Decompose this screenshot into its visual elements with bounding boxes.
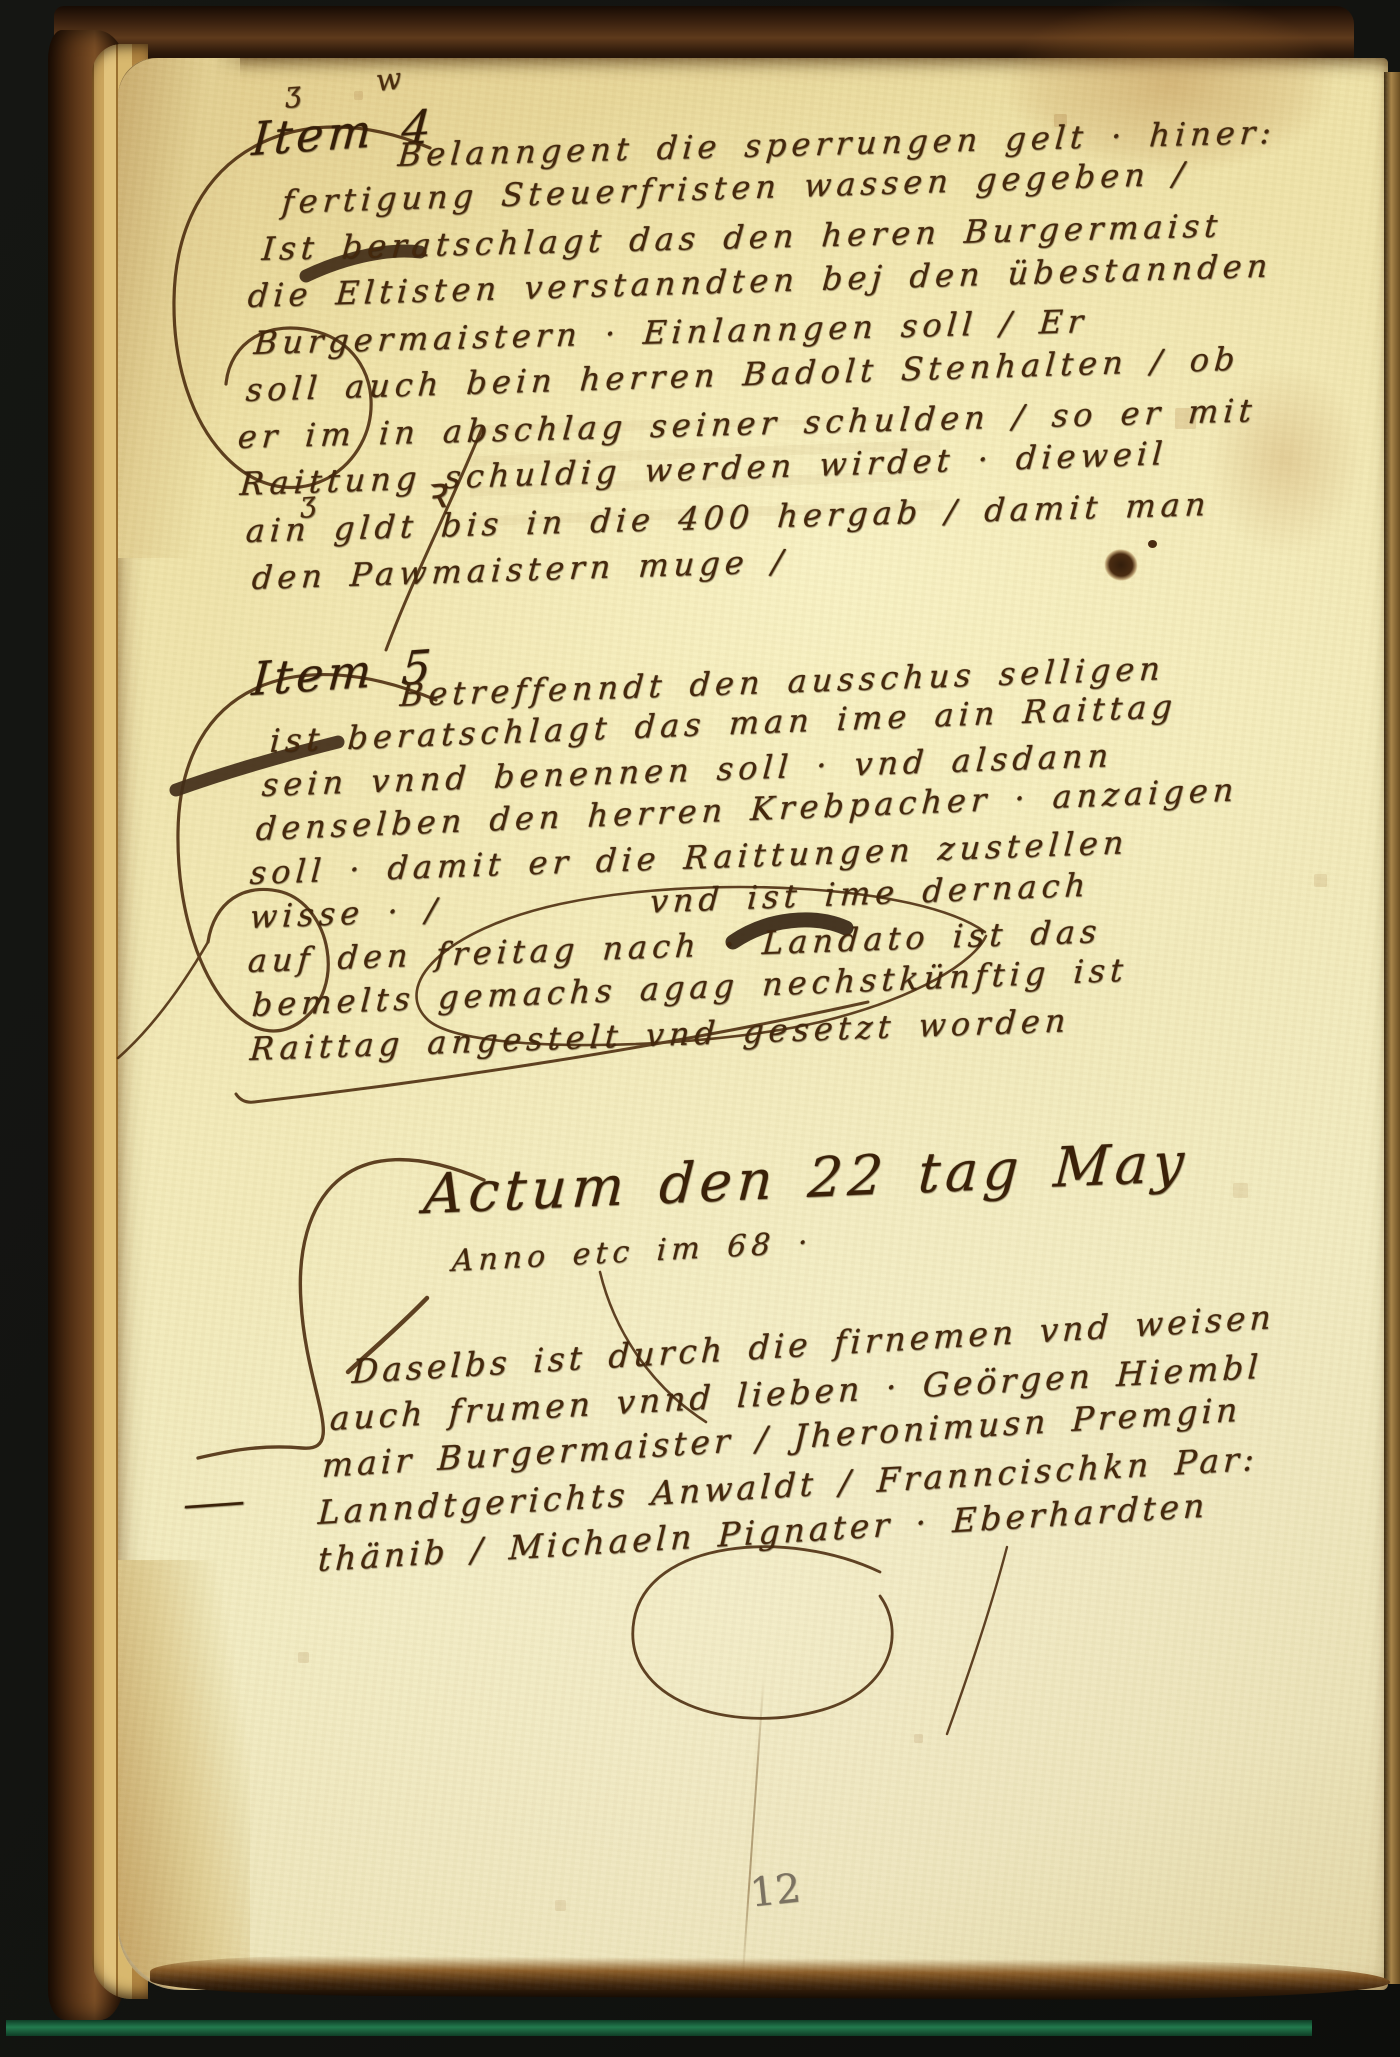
page-number: 12 bbox=[748, 1865, 803, 1916]
flourish-session-diagonal bbox=[947, 1547, 1007, 1734]
flourish-michael-circle bbox=[633, 1547, 892, 1719]
flourish-item5-tail bbox=[118, 942, 208, 1058]
photo-backdrop: ʒ w Item 4 Belanngent die sperrungen gel… bbox=[0, 0, 1400, 2057]
insertion-mark: ʒ bbox=[299, 485, 322, 519]
margin-dash: — bbox=[180, 1477, 255, 1528]
insertion-mark: w bbox=[374, 61, 408, 99]
insertion-mark: ʒ bbox=[284, 75, 307, 109]
